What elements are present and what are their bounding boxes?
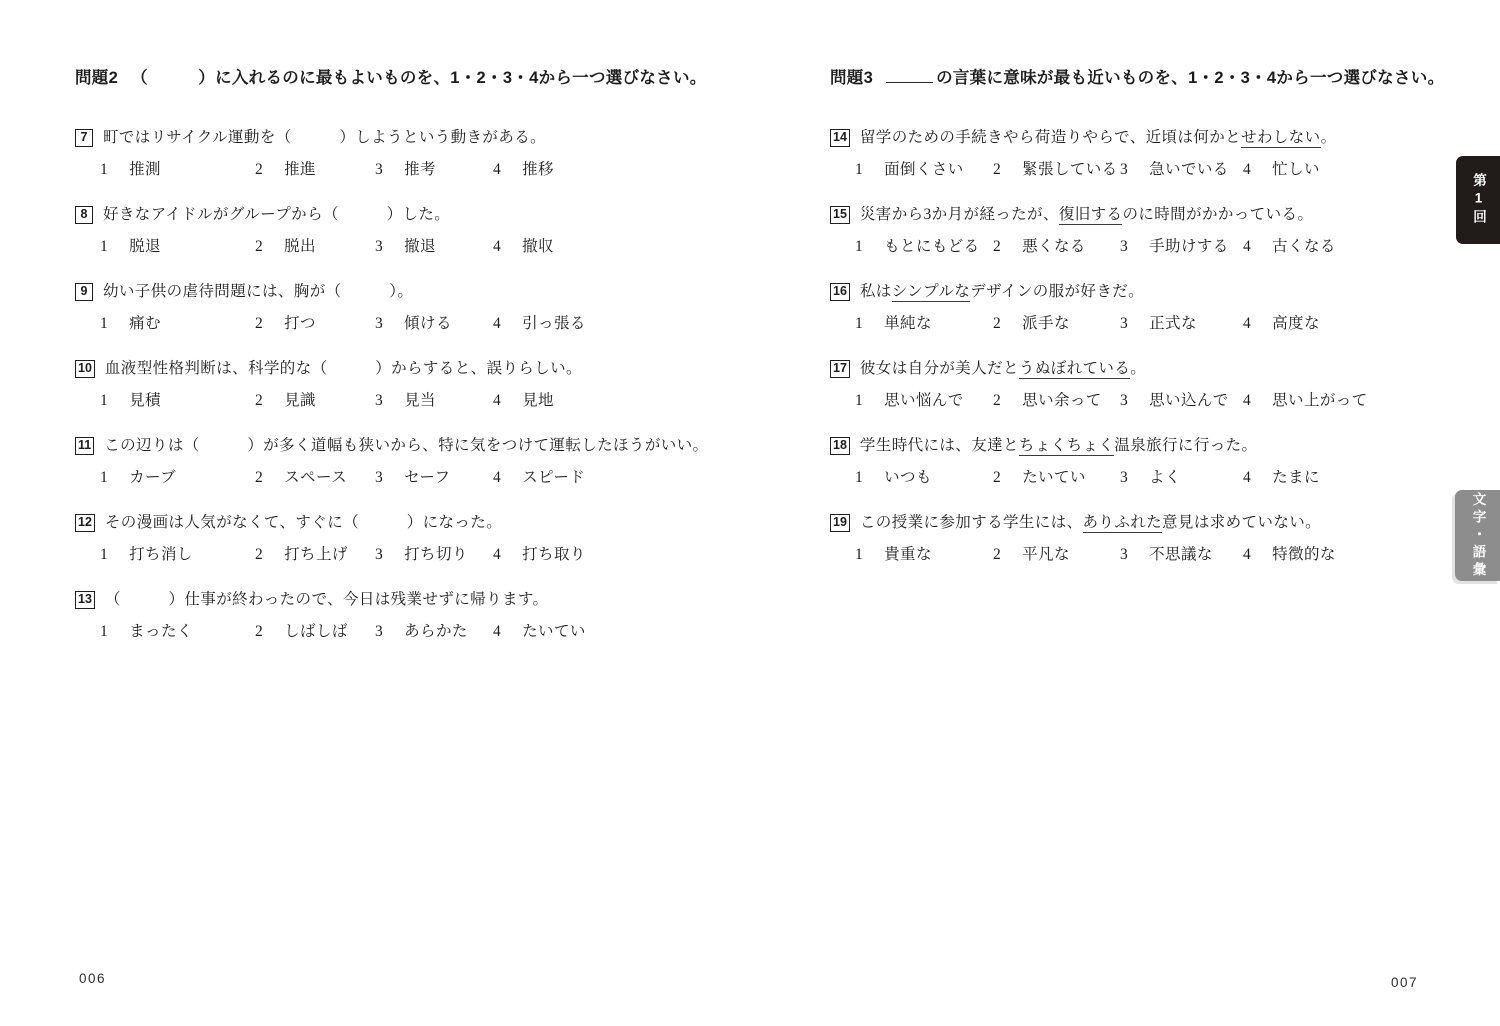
option-number: 4 [1243, 313, 1251, 335]
option-3: 3正式な [1120, 313, 1243, 335]
option-label: 不思議な [1149, 544, 1213, 566]
option-3: 3不思議な [1120, 544, 1243, 566]
option-number: 2 [993, 313, 1001, 335]
option-4: 4古くなる [1243, 236, 1336, 258]
underlined-word: ちょくちょく [1019, 437, 1114, 456]
option-4: 4打ち取り [493, 544, 586, 566]
option-label: 忙しい [1272, 159, 1320, 181]
option-number: 1 [100, 621, 108, 643]
option-label: カーブ [129, 467, 176, 489]
question-text: （ ）仕事が終わったので、今日は残業せずに帰ります。 [105, 589, 549, 611]
option-number: 3 [375, 236, 383, 258]
option-2: 2スペース [255, 467, 375, 489]
option-number: 3 [375, 159, 383, 181]
option-number: 1 [855, 159, 863, 181]
question-text-part: 学生時代には、友達と [860, 437, 1019, 454]
option-number: 3 [1120, 159, 1128, 181]
question-text-part: デザインの服が好きだ。 [970, 283, 1144, 300]
option-number: 4 [493, 236, 501, 258]
question-line: 17彼女は自分が美人だとうぬぼれている。 [830, 358, 1450, 380]
question-18: 18学生時代には、友達とちょくちょく温泉旅行に行った。1いつも2たいてい3よく4… [830, 435, 1450, 489]
option-2: 2たいてい [993, 467, 1120, 489]
options-row: 1脱退2脱出3撤退4撤収 [75, 236, 755, 258]
option-label: 平凡な [1022, 544, 1070, 566]
option-label: たいてい [1022, 467, 1086, 489]
option-number: 4 [1243, 544, 1251, 566]
option-number: 4 [493, 544, 501, 566]
question-15: 15災害から3か月が経ったが、復旧するのに時間がかかっている。1もとにもどる2悪… [830, 204, 1450, 258]
question-number-box: 12 [75, 514, 95, 532]
option-label: 思い余って [1022, 390, 1102, 412]
option-label: 貴重な [884, 544, 932, 566]
question-text-part: のに時間がかかっている。 [1122, 206, 1313, 223]
question-number-box: 16 [830, 283, 850, 301]
question-10: 10血液型性格判断は、科学的な（ ）からすると、誤りらしい。1見積2見識3見当4… [75, 358, 755, 412]
options-row: 1見積2見識3見当4見地 [75, 390, 755, 412]
option-label: 急いでいる [1149, 159, 1229, 181]
option-label: しばしば [284, 621, 348, 643]
question-11: 11この辺りは（ ）が多く道幅も狭いから、特に気をつけて運転したほうがいい。1カ… [75, 435, 755, 489]
option-label: 打ち上げ [284, 544, 348, 566]
question-text: 私はシンプルなデザインの服が好きだ。 [860, 281, 1144, 303]
option-3: 3推考 [375, 159, 493, 181]
question-text: 災害から3か月が経ったが、復旧するのに時間がかかっている。 [860, 204, 1313, 226]
option-number: 4 [493, 467, 501, 489]
option-number: 2 [993, 236, 1001, 258]
problem-3-instruction: の言葉に意味が最も近いものを、1・2・3・4から一つ選びなさい。 [936, 69, 1444, 87]
option-number: 2 [255, 621, 263, 643]
option-1: 1推測 [100, 159, 255, 181]
question-text: その漫画は人気がなくて、すぐに（ ）になった。 [105, 512, 502, 534]
option-number: 1 [855, 236, 863, 258]
option-number: 4 [1243, 236, 1251, 258]
option-label: 手助けする [1149, 236, 1229, 258]
option-4: 4忙しい [1243, 159, 1320, 181]
question-number-box: 11 [75, 437, 94, 455]
question-9: 9幼い子供の虐待問題には、胸が（ ）。1痛む2打つ3傾ける4引っ張る [75, 281, 755, 335]
options-row: 1いつも2たいてい3よく4たまに [830, 467, 1450, 489]
problem-2-heading: 問題2（ ）に入れるのに最もよいものを、1・2・3・4から一つ選びなさい。 [75, 66, 755, 90]
question-text: 町ではリサイクル運動を（ ）しようという動きがある。 [103, 127, 546, 149]
option-label: 推移 [522, 159, 554, 181]
option-label: 推考 [404, 159, 436, 181]
option-label: 脱出 [284, 236, 316, 258]
question-line: 10血液型性格判断は、科学的な（ ）からすると、誤りらしい。 [75, 358, 755, 380]
option-label: あらかた [404, 621, 468, 643]
option-number: 2 [255, 159, 263, 181]
option-label: 単純な [884, 313, 932, 335]
question-text: この辺りは（ ）が多く道幅も狭いから、特に気をつけて運転したほうがいい。 [104, 435, 708, 457]
options-row: 1まったく2しばしば3あらかた4たいてい [75, 621, 755, 643]
option-number: 1 [100, 467, 108, 489]
option-3: 3あらかた [375, 621, 493, 643]
option-1: 1打ち消し [100, 544, 255, 566]
option-4: 4見地 [493, 390, 554, 412]
options-row: 1面倒くさい2緊張している3急いでいる4忙しい [830, 159, 1450, 181]
option-label: 推測 [129, 159, 161, 181]
option-4: 4撤収 [493, 236, 554, 258]
option-label: 見当 [404, 390, 436, 412]
option-number: 2 [993, 467, 1001, 489]
right-page: 問題3の言葉に意味が最も近いものを、1・2・3・4から一つ選びなさい。 14留学… [830, 66, 1450, 589]
option-label: もとにもどる [884, 236, 979, 258]
option-3: 3よく [1120, 467, 1243, 489]
options-row: 1打ち消し2打ち上げ3打ち切り4打ち取り [75, 544, 755, 566]
option-number: 1 [100, 390, 108, 412]
option-number: 3 [1120, 390, 1128, 412]
option-number: 1 [100, 544, 108, 566]
question-text-part: 血液型性格判断は、科学的な（ ）からすると、誤りらしい。 [105, 360, 582, 377]
question-17: 17彼女は自分が美人だとうぬぼれている。1思い悩んで2思い余って3思い込んで4思… [830, 358, 1450, 412]
options-row: 1痛む2打つ3傾ける4引っ張る [75, 313, 755, 335]
option-number: 1 [855, 544, 863, 566]
options-row: 1カーブ2スペース3セーフ4スピード [75, 467, 755, 489]
option-label: 正式な [1149, 313, 1197, 335]
option-2: 2見識 [255, 390, 375, 412]
option-2: 2推進 [255, 159, 375, 181]
option-label: 撤退 [404, 236, 436, 258]
question-number-box: 10 [75, 360, 95, 378]
option-label: たまに [1272, 467, 1320, 489]
option-label: セーフ [404, 467, 450, 489]
question-line: 12その漫画は人気がなくて、すぐに（ ）になった。 [75, 512, 755, 534]
option-2: 2悪くなる [993, 236, 1120, 258]
problem-3-label: 問題3 [830, 69, 873, 87]
option-2: 2緊張している [993, 159, 1120, 181]
option-number: 2 [993, 544, 1001, 566]
option-number: 2 [255, 544, 263, 566]
option-number: 1 [100, 313, 108, 335]
problem-2-label: 問題2 [75, 69, 118, 87]
option-label: 特徴的な [1272, 544, 1336, 566]
option-2: 2しばしば [255, 621, 375, 643]
option-label: 傾ける [404, 313, 452, 335]
option-number: 3 [375, 390, 383, 412]
page-number-left: 006 [79, 971, 106, 986]
underlined-word: 復旧する [1059, 206, 1123, 225]
option-label: 思い上がって [1272, 390, 1367, 412]
option-number: 3 [1120, 236, 1128, 258]
question-12: 12その漫画は人気がなくて、すぐに（ ）になった。1打ち消し2打ち上げ3打ち切り… [75, 512, 755, 566]
option-1: 1カーブ [100, 467, 255, 489]
option-label: 見地 [522, 390, 554, 412]
question-number-box: 9 [75, 283, 93, 301]
option-label: 悪くなる [1022, 236, 1086, 258]
option-4: 4たまに [1243, 467, 1320, 489]
question-number-box: 17 [830, 360, 850, 378]
question-text: 彼女は自分が美人だとうぬぼれている。 [860, 358, 1146, 380]
option-number: 2 [255, 390, 263, 412]
question-line: 14留学のための手続きやら荷造りやらで、近頃は何かとせわしない。 [830, 127, 1450, 149]
page-number-right: 007 [1391, 975, 1418, 990]
option-number: 3 [1120, 313, 1128, 335]
option-label: いつも [884, 467, 932, 489]
option-4: 4推移 [493, 159, 554, 181]
question-19: 19この授業に参加する学生には、ありふれた意見は求めていない。1貴重な2平凡な3… [830, 512, 1450, 566]
option-label: 緊張している [1022, 159, 1117, 181]
option-3: 3急いでいる [1120, 159, 1243, 181]
option-number: 3 [375, 467, 383, 489]
option-3: 3セーフ [375, 467, 493, 489]
option-label: スペース [284, 467, 347, 489]
option-label: 撤収 [522, 236, 554, 258]
problem-3-questions: 14留学のための手続きやら荷造りやらで、近頃は何かとせわしない。1面倒くさい2緊… [830, 127, 1450, 566]
question-text-part: 私は [860, 283, 892, 300]
option-label: 脱退 [129, 236, 161, 258]
options-row: 1貴重な2平凡な3不思議な4特徴的な [830, 544, 1450, 566]
underlined-word: うぬぼれている [1019, 360, 1130, 379]
question-14: 14留学のための手続きやら荷造りやらで、近頃は何かとせわしない。1面倒くさい2緊… [830, 127, 1450, 181]
option-label: よく [1149, 467, 1181, 489]
options-row: 1推測2推進3推考4推移 [75, 159, 755, 181]
question-text: 好きなアイドルがグループから（ ）した。 [103, 204, 450, 226]
option-number: 3 [375, 621, 383, 643]
option-1: 1見積 [100, 390, 255, 412]
option-2: 2打ち上げ [255, 544, 375, 566]
option-2: 2思い余って [993, 390, 1120, 412]
question-13: 13（ ）仕事が終わったので、今日は残業せずに帰ります。1まったく2しばしば3あ… [75, 589, 755, 643]
option-1: 1いつも [855, 467, 993, 489]
option-1: 1貴重な [855, 544, 993, 566]
option-1: 1もとにもどる [855, 236, 993, 258]
underlined-word: シンプルな [892, 283, 971, 302]
option-label: たいてい [522, 621, 586, 643]
question-number-box: 15 [830, 206, 850, 224]
underlined-word: ありふれた [1083, 514, 1163, 533]
option-4: 4スピード [493, 467, 585, 489]
blank-underline [886, 67, 933, 83]
option-number: 4 [493, 621, 501, 643]
question-text-part: 彼女は自分が美人だと [860, 360, 1019, 377]
option-label: 思い悩んで [884, 390, 964, 412]
option-1: 1脱退 [100, 236, 255, 258]
option-3: 3手助けする [1120, 236, 1243, 258]
question-number-box: 14 [830, 129, 850, 147]
option-number: 3 [375, 544, 383, 566]
question-text-part: 留学のための手続きやら荷造りやらで、近頃は何かと [860, 129, 1241, 146]
question-number-box: 19 [830, 514, 850, 532]
option-2: 2派手な [993, 313, 1120, 335]
option-2: 2平凡な [993, 544, 1120, 566]
side-tab-round-1: 第1回 [1456, 156, 1500, 244]
option-number: 2 [255, 236, 263, 258]
question-line: 13（ ）仕事が終わったので、今日は残業せずに帰ります。 [75, 589, 755, 611]
option-label: 引っ張る [522, 313, 586, 335]
question-line: 19この授業に参加する学生には、ありふれた意見は求めていない。 [830, 512, 1450, 534]
option-number: 4 [493, 313, 501, 335]
question-text-part: 町ではリサイクル運動を（ ）しようという動きがある。 [103, 129, 546, 146]
option-label: 見積 [129, 390, 161, 412]
question-line: 18学生時代には、友達とちょくちょく温泉旅行に行った。 [830, 435, 1450, 457]
option-label: 痛む [129, 313, 161, 335]
side-tab-moji-goi: 文字・語彙 [1455, 490, 1500, 581]
question-line: 7町ではリサイクル運動を（ ）しようという動きがある。 [75, 127, 755, 149]
question-line: 9幼い子供の虐待問題には、胸が（ ）。 [75, 281, 755, 303]
option-label: 打ち切り [404, 544, 468, 566]
question-number-box: 13 [75, 591, 95, 609]
problem-3-heading: 問題3の言葉に意味が最も近いものを、1・2・3・4から一つ選びなさい。 [830, 66, 1450, 90]
option-label: 打つ [284, 313, 316, 335]
question-text: 留学のための手続きやら荷造りやらで、近頃は何かとせわしない。 [860, 127, 1337, 149]
options-row: 1単純な2派手な3正式な4高度な [830, 313, 1450, 335]
question-text: この授業に参加する学生には、ありふれた意見は求めていない。 [860, 512, 1321, 534]
option-3: 3思い込んで [1120, 390, 1243, 412]
question-text-part: 温泉旅行に行った。 [1114, 437, 1257, 454]
option-label: スピード [522, 467, 585, 489]
question-text-part: この授業に参加する学生には、 [860, 514, 1083, 531]
option-label: 見識 [284, 390, 316, 412]
option-number: 2 [255, 467, 263, 489]
option-4: 4たいてい [493, 621, 586, 643]
options-row: 1もとにもどる2悪くなる3手助けする4古くなる [830, 236, 1450, 258]
question-line: 11この辺りは（ ）が多く道幅も狭いから、特に気をつけて運転したほうがいい。 [75, 435, 755, 457]
option-label: 推進 [284, 159, 316, 181]
option-label: 思い込んで [1149, 390, 1229, 412]
question-text-part: 好きなアイドルがグループから（ ）した。 [103, 206, 450, 223]
question-text-part: 。 [1321, 129, 1337, 146]
option-1: 1まったく [100, 621, 255, 643]
option-number: 3 [1120, 544, 1128, 566]
option-number: 1 [855, 390, 863, 412]
option-3: 3打ち切り [375, 544, 493, 566]
option-number: 2 [255, 313, 263, 335]
question-7: 7町ではリサイクル運動を（ ）しようという動きがある。1推測2推進3推考4推移 [75, 127, 755, 181]
left-page: 問題2（ ）に入れるのに最もよいものを、1・2・3・4から一つ選びなさい。 7町… [75, 66, 755, 666]
option-number: 1 [855, 313, 863, 335]
option-3: 3傾ける [375, 313, 493, 335]
option-label: 面倒くさい [884, 159, 964, 181]
option-number: 4 [493, 159, 501, 181]
option-number: 4 [1243, 390, 1251, 412]
problem-2-instruction: （ ）に入れるのに最もよいものを、1・2・3・4から一つ選びなさい。 [131, 69, 707, 87]
option-label: まったく [129, 621, 193, 643]
option-number: 1 [855, 467, 863, 489]
question-text-part: この辺りは（ ）が多く道幅も狭いから、特に気をつけて運転したほうがいい。 [104, 437, 708, 454]
question-text-part: 幼い子供の虐待問題には、胸が（ ）。 [103, 283, 413, 300]
question-text-part: 意見は求めていない。 [1162, 514, 1321, 531]
option-1: 1面倒くさい [855, 159, 993, 181]
option-label: 打ち消し [129, 544, 193, 566]
option-2: 2打つ [255, 313, 375, 335]
question-8: 8好きなアイドルがグループから（ ）した。1脱退2脱出3撤退4撤収 [75, 204, 755, 258]
option-number: 3 [1120, 467, 1128, 489]
option-number: 1 [100, 236, 108, 258]
option-number: 4 [493, 390, 501, 412]
option-3: 3見当 [375, 390, 493, 412]
option-number: 4 [1243, 159, 1251, 181]
options-row: 1思い悩んで2思い余って3思い込んで4思い上がって [830, 390, 1450, 412]
option-4: 4特徴的な [1243, 544, 1336, 566]
question-number-box: 8 [75, 206, 93, 224]
question-16: 16私はシンプルなデザインの服が好きだ。1単純な2派手な3正式な4高度な [830, 281, 1450, 335]
question-line: 16私はシンプルなデザインの服が好きだ。 [830, 281, 1450, 303]
question-line: 8好きなアイドルがグループから（ ）した。 [75, 204, 755, 226]
option-label: 高度な [1272, 313, 1320, 335]
question-text-part: その漫画は人気がなくて、すぐに（ ）になった。 [105, 514, 502, 531]
question-number-box: 18 [830, 437, 850, 455]
question-text-part: 災害から3か月が経ったが、 [860, 206, 1059, 223]
underlined-word: せわしない [1241, 129, 1321, 148]
question-text-part: 。 [1130, 360, 1146, 377]
option-4: 4思い上がって [1243, 390, 1368, 412]
option-number: 2 [993, 159, 1001, 181]
question-line: 15災害から3か月が経ったが、復旧するのに時間がかかっている。 [830, 204, 1450, 226]
option-number: 1 [100, 159, 108, 181]
question-number-box: 7 [75, 129, 93, 147]
option-1: 1単純な [855, 313, 993, 335]
option-number: 2 [993, 390, 1001, 412]
option-2: 2脱出 [255, 236, 375, 258]
option-number: 3 [375, 313, 383, 335]
option-1: 1痛む [100, 313, 255, 335]
question-text: 幼い子供の虐待問題には、胸が（ ）。 [103, 281, 413, 303]
option-1: 1思い悩んで [855, 390, 993, 412]
option-4: 4高度な [1243, 313, 1320, 335]
problem-2-questions: 7町ではリサイクル運動を（ ）しようという動きがある。1推測2推進3推考4推移8… [75, 127, 755, 643]
option-label: 古くなる [1272, 236, 1336, 258]
question-text: 血液型性格判断は、科学的な（ ）からすると、誤りらしい。 [105, 358, 582, 380]
option-label: 打ち取り [522, 544, 586, 566]
option-number: 4 [1243, 467, 1251, 489]
option-3: 3撤退 [375, 236, 493, 258]
question-text-part: （ ）仕事が終わったので、今日は残業せずに帰ります。 [105, 591, 549, 608]
option-4: 4引っ張る [493, 313, 586, 335]
question-text: 学生時代には、友達とちょくちょく温泉旅行に行った。 [860, 435, 1258, 457]
option-label: 派手な [1022, 313, 1070, 335]
